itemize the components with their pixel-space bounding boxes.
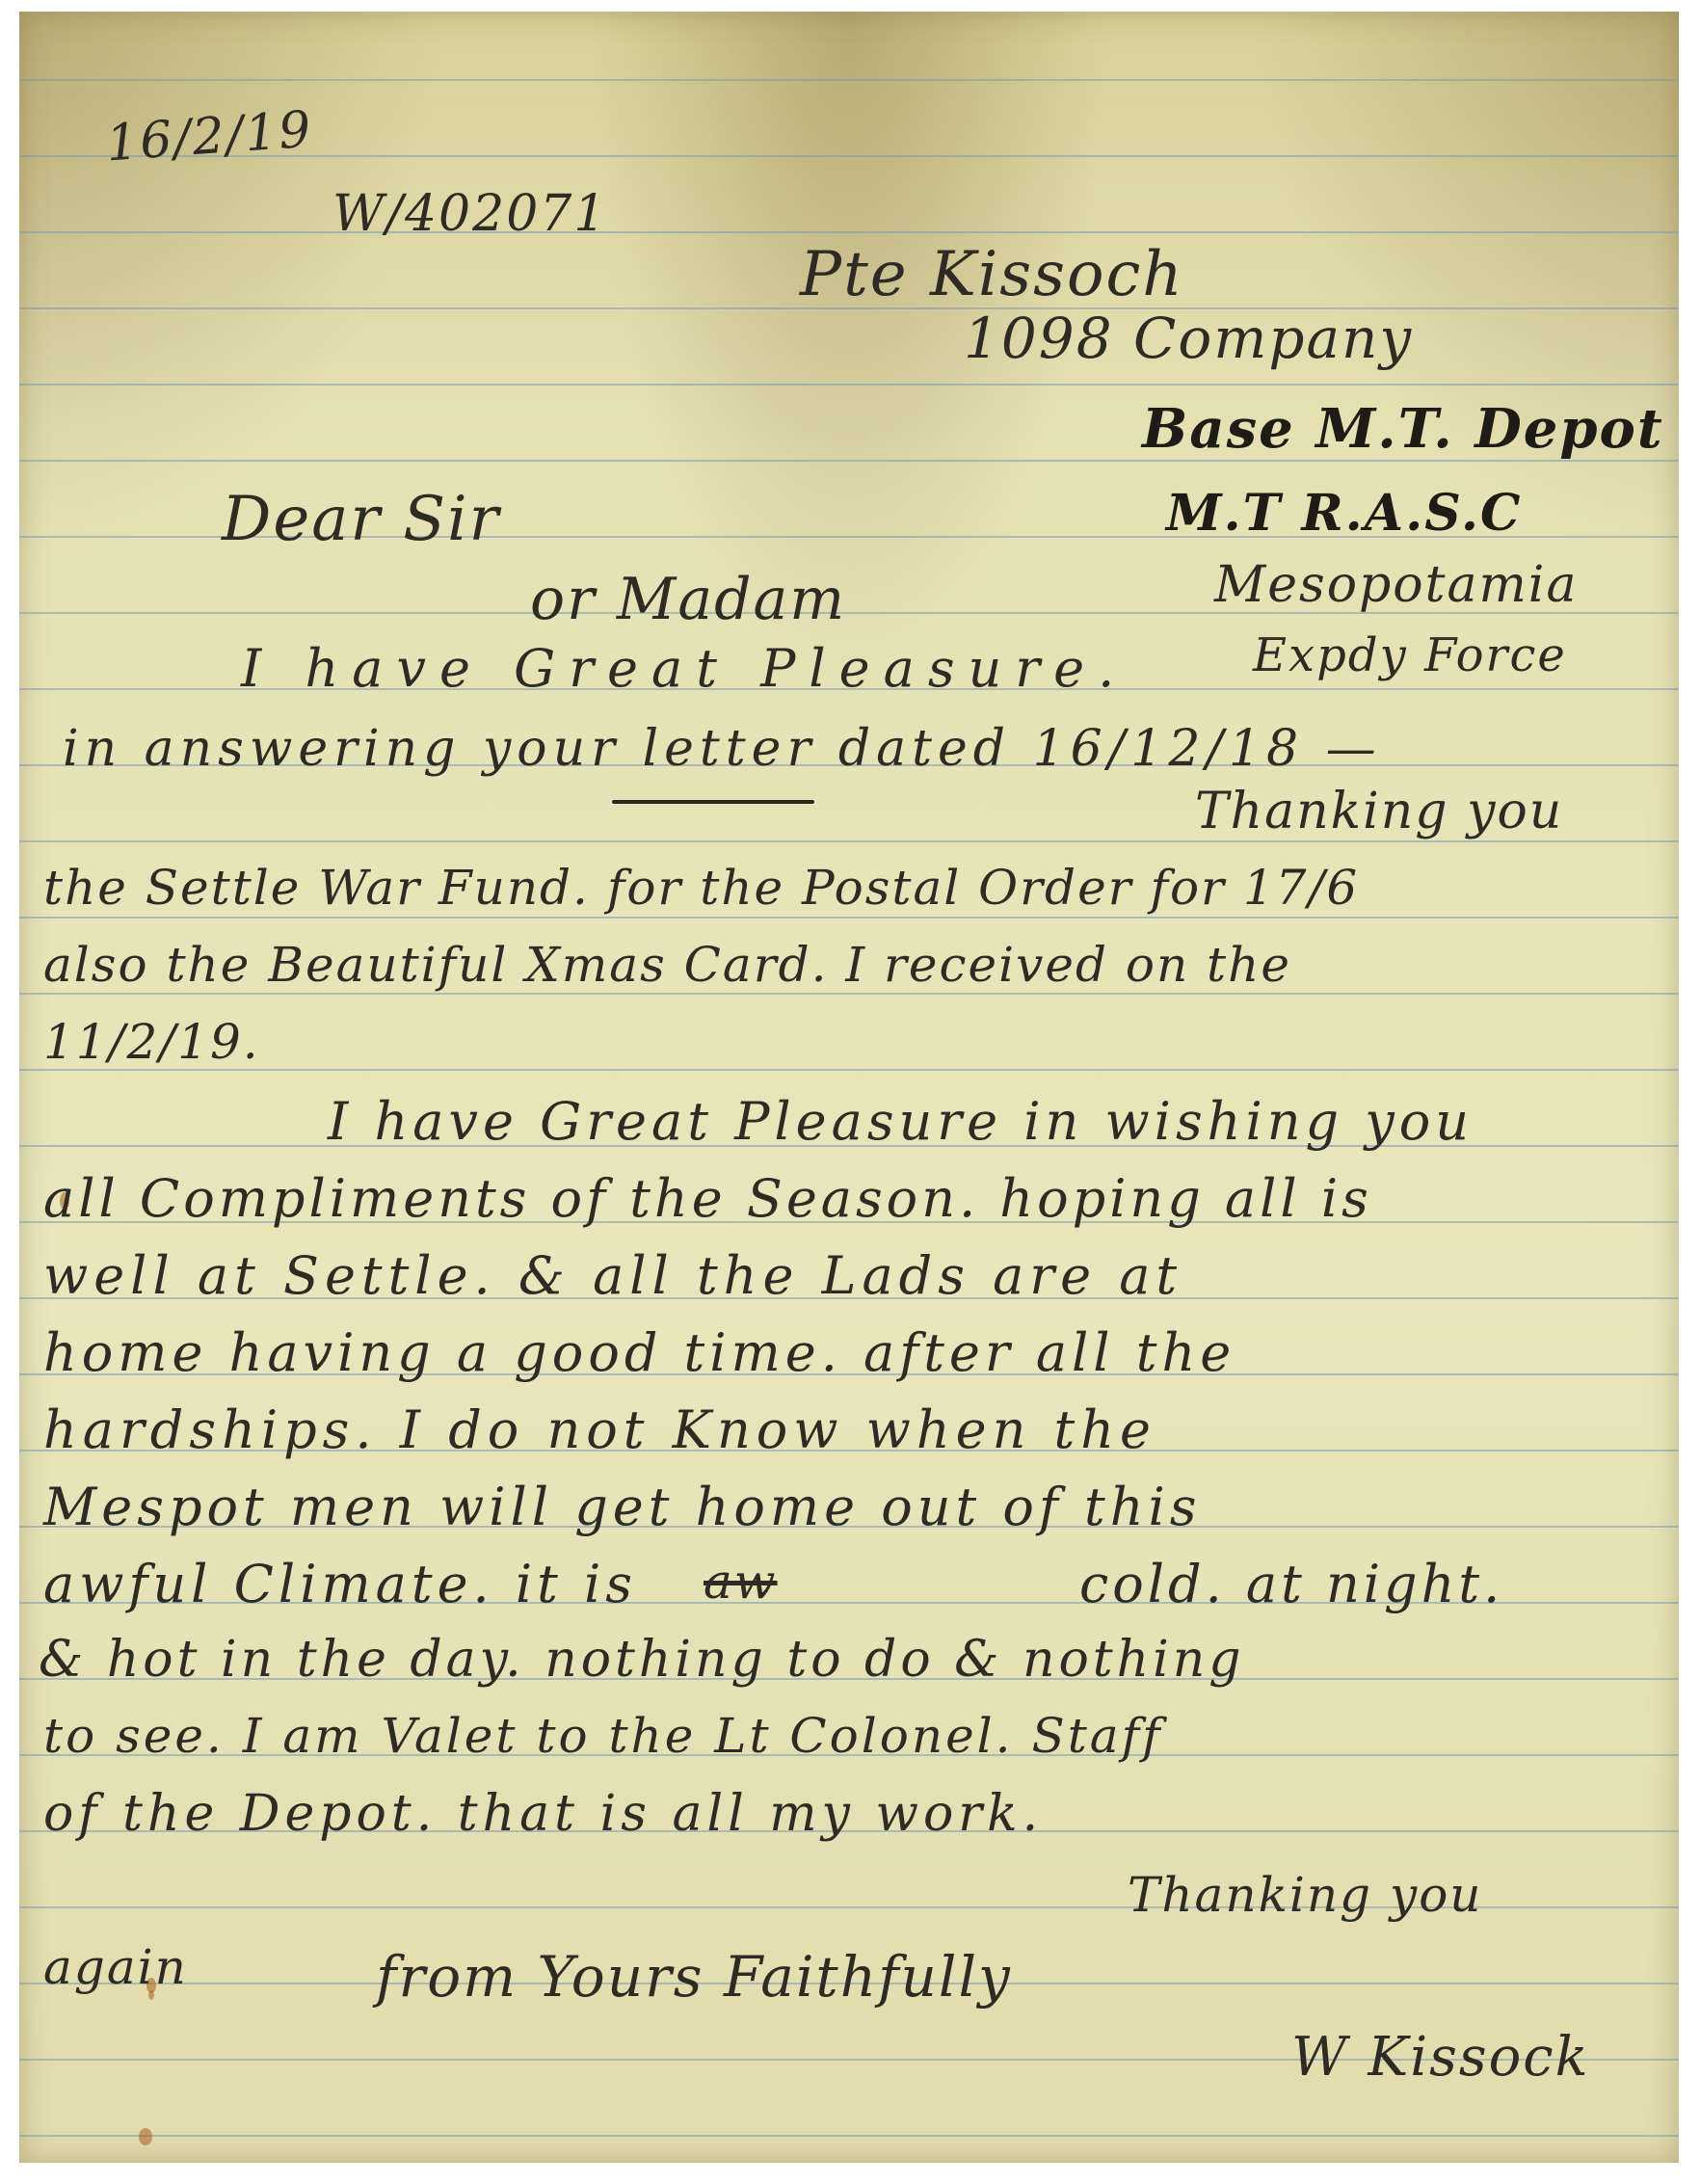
body-line: in answering your letter dated 16/12/18 … — [63, 720, 1382, 778]
body-line: Thanking you — [1195, 783, 1563, 840]
closing-again: again — [43, 1939, 188, 1995]
rust-stain — [139, 2128, 152, 2145]
body-line: I have Great Pleasure in wishing you — [328, 1091, 1474, 1152]
letter-paper: 16/2/19 W/402071 Pte Kissoch 1098 Compan… — [19, 12, 1679, 2163]
body-line: well at Settle. & all the Lads are at — [43, 1245, 1182, 1306]
separator-rule — [612, 800, 814, 804]
body-line: hardships. I do not Know when the — [43, 1399, 1156, 1460]
valediction: from Yours Faithfully — [376, 1944, 1012, 2010]
body-line: awful Climate. it is — [43, 1554, 637, 1614]
sender-name: Pte Kissoch — [800, 239, 1184, 310]
address-force: Expdy Force — [1253, 628, 1567, 682]
signature: W Kissock — [1291, 2026, 1590, 2089]
address-company: 1098 Company — [964, 306, 1413, 371]
body-line: of the Depot. that is all my work. — [43, 1785, 1043, 1843]
body-line: 11/2/19. — [43, 1014, 260, 1070]
body-line: all Compliments of the Season. hoping al… — [43, 1168, 1372, 1229]
body-line: also the Beautiful Xmas Card. I received… — [43, 937, 1291, 993]
body-line: I have Great Pleasure. — [241, 638, 1128, 699]
body-line: cold. at night. — [1079, 1554, 1503, 1614]
body-line: home having a good time. after all the — [43, 1322, 1235, 1383]
address-unit: M.T R.A.S.C — [1166, 484, 1522, 543]
service-number: W/402071 — [332, 185, 607, 243]
salutation-line-2: or Madam — [530, 566, 846, 633]
closing-thanks: Thanking you — [1128, 1867, 1483, 1923]
body-line: Mespot men will get home out of this — [43, 1477, 1202, 1537]
body-line: & hot in the day. nothing to do & nothin… — [39, 1631, 1245, 1689]
body-line: the Settle War Fund. for the Postal Orde… — [43, 860, 1359, 916]
salutation-line-1: Dear Sir — [222, 484, 500, 555]
address-depot: Base M.T. Depot — [1142, 397, 1664, 461]
body-line: to see. I am Valet to the Lt Colonel. St… — [43, 1708, 1163, 1764]
struck-word: aw — [704, 1554, 778, 1610]
address-region: Mesopotamia — [1214, 556, 1578, 614]
